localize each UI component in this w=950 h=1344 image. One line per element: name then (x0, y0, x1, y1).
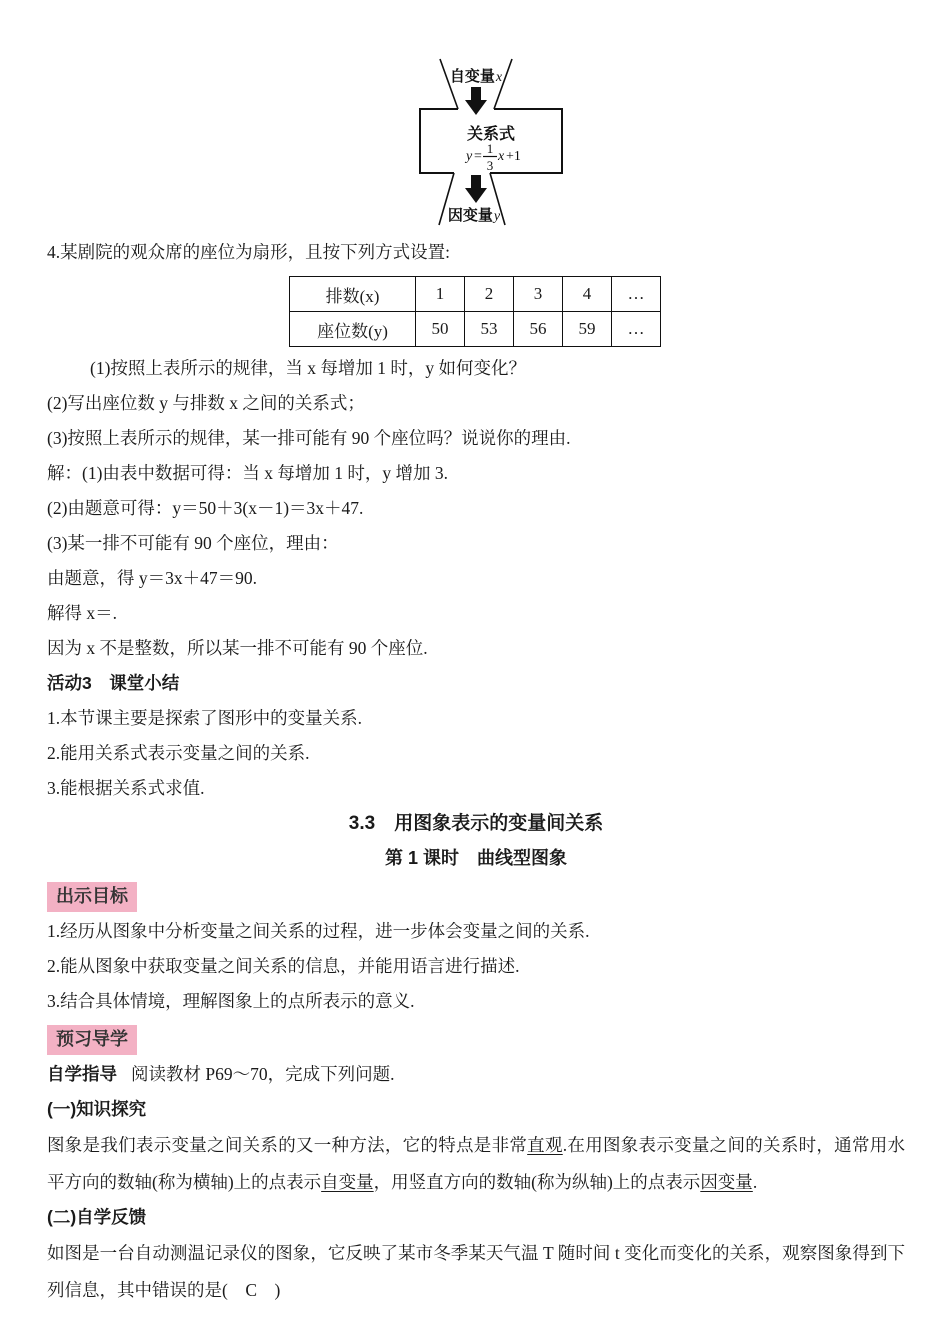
summary-item: 2.能用关系式表示变量之间的关系. (47, 736, 905, 771)
table-cell: 59 (563, 312, 612, 347)
table-row-seats: 座位数(y) 50 53 56 59 … (290, 312, 661, 347)
question-line: (1)按照上表所示的规律，当 x 每增加 1 时，y 如何变化？ (47, 351, 905, 386)
seats-table: 排数(x) 1 2 3 4 … 座位数(y) 50 53 56 59 … (289, 276, 661, 347)
input-variable-label: 自变量x (450, 67, 503, 85)
study-guide-text: 阅读教材 P69～70，完成下列问题. (131, 1064, 394, 1084)
study-guide-line: 自学指导阅读教材 P69～70，完成下列问题. (47, 1057, 905, 1092)
summary-item: 1.本节课主要是探索了图形中的变量关系. (47, 701, 905, 736)
svg-text:+1: +1 (506, 149, 521, 164)
solution-line: 解得 x＝. (47, 596, 905, 631)
svg-text:=: = (474, 149, 482, 164)
fill-blank-answer: 自变量 (321, 1172, 374, 1192)
question-line: (3)按照上表所示的规律，某一排可能有 90 个座位吗？说说你的理由. (47, 421, 905, 456)
table-cell: 座位数(y) (290, 312, 416, 347)
table-cell: 4 (563, 277, 612, 312)
table-row-rows: 排数(x) 1 2 3 4 … (290, 277, 661, 312)
goal-item: 2.能从图象中获取变量之间关系的信息，并能用语言进行描述. (47, 949, 905, 984)
study-guide-label: 自学指导 (47, 1064, 117, 1084)
table-cell: 1 (416, 277, 465, 312)
question-line: (2)写出座位数 y 与排数 x 之间的关系式； (47, 386, 905, 421)
paragraph-text: . (753, 1172, 757, 1192)
fill-blank-answer: 因变量 (700, 1172, 753, 1192)
relation-formula: y = 1 3 x +1 (464, 141, 521, 173)
down-arrow-icon (465, 87, 487, 115)
paragraph-text: ，用竖直方向的数轴(称为纵轴)上的点表示 (374, 1172, 701, 1192)
table-cell: 50 (416, 312, 465, 347)
paragraph-text: 图象是我们表示变量之间关系的又一种方法，它的特点是非常 (47, 1135, 527, 1155)
problem-4-intro: 4.某剧院的观众席的座位为扇形，且按下列方式设置: (47, 239, 905, 265)
feedback-question: 如图是一台自动测温记录仪的图象，它反映了某市冬季某天气温 T 随时间 t 变化而… (47, 1235, 905, 1308)
svg-text:y: y (464, 149, 473, 164)
lesson-1-subtitle: 第 1 课时 曲线型图象 (47, 841, 905, 876)
goal-item: 3.结合具体情境，理解图象上的点所表示的意义. (47, 984, 905, 1019)
svg-text:3: 3 (487, 158, 494, 173)
document-page: 自变量x 关系式 y = 1 3 x +1 因变量y 4.某剧院的 (0, 0, 950, 1308)
table-cell: 排数(x) (290, 277, 416, 312)
svg-text:x: x (497, 149, 505, 164)
table-cell: … (612, 312, 661, 347)
goals-badge: 出示目标 (47, 882, 137, 912)
output-variable-label: 因变量y (448, 206, 501, 224)
solution-line: 由题意，得 y＝3x＋47＝90. (47, 561, 905, 596)
table-cell: 53 (465, 312, 514, 347)
variable-machine-svg: 自变量x 关系式 y = 1 3 x +1 因变量y (390, 57, 590, 227)
down-arrow-icon (465, 175, 487, 203)
preview-badge: 预习导学 (47, 1025, 137, 1055)
solution-line: (2)由题意可得：y＝50＋3(x－1)＝3x＋47. (47, 491, 905, 526)
fill-blank-answer: 直观 (527, 1135, 563, 1155)
solution-line: (3)某一排不可能有 90 个座位，理由： (47, 526, 905, 561)
solution-line: 解：(1)由表中数据可得：当 x 每增加 1 时，y 增加 3. (47, 456, 905, 491)
knowledge-heading: (一)知识探究 (47, 1092, 905, 1127)
table-cell: 56 (514, 312, 563, 347)
activity-3-heading: 活动3 课堂小结 (47, 666, 905, 701)
table-cell: … (612, 277, 661, 312)
feedback-heading: (二)自学反馈 (47, 1200, 905, 1235)
summary-item: 3.能根据关系式求值. (47, 771, 905, 806)
table-cell: 3 (514, 277, 563, 312)
variable-machine-diagram: 自变量x 关系式 y = 1 3 x +1 因变量y (47, 57, 905, 227)
solution-line: 因为 x 不是整数，所以某一排不可能有 90 个座位. (47, 631, 905, 666)
table-cell: 2 (465, 277, 514, 312)
goal-item: 1.经历从图象中分析变量之间关系的过程，进一步体会变量之间的关系. (47, 914, 905, 949)
knowledge-paragraph: 图象是我们表示变量之间关系的又一种方法，它的特点是非常直观.在用图象表示变量之间… (47, 1127, 905, 1200)
svg-text:1: 1 (487, 141, 494, 156)
section-3-3-title: 3.3 用图象表示的变量间关系 (47, 806, 905, 841)
